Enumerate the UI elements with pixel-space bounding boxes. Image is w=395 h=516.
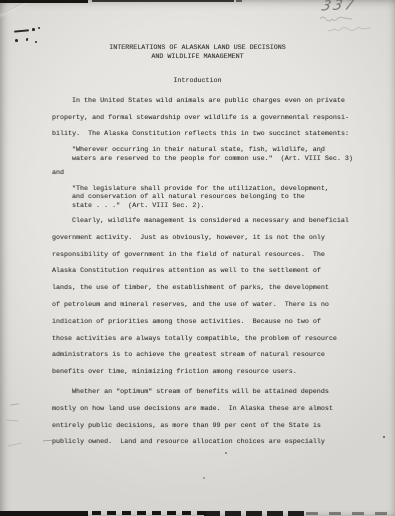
scan-artifact-bottom	[0, 510, 395, 516]
text-line: and conservation of all natural resource…	[72, 193, 343, 201]
connector-block: and	[52, 165, 343, 182]
text-line: responsibility of government in the fiel…	[52, 247, 343, 264]
scanned-page: 337 INTERRELATIONS OF ALASKAN LAND USE D…	[0, 0, 395, 516]
text-line: bility. The Alaska Constitution reflects…	[52, 126, 343, 143]
quote-block: "The legislature shall provide for the u…	[72, 185, 343, 210]
text-line: entirely public decisions, as more than …	[52, 418, 343, 435]
paragraph-block: In the United States wild animals are pu…	[52, 93, 343, 143]
text-line: those activities are always totally comp…	[52, 331, 343, 348]
text-line: Whether an "optimum" stream of benefits …	[52, 384, 343, 401]
text-line: state . . ." (Art. VIII Sec. 2).	[72, 202, 343, 210]
title-block: INTERRELATIONS OF ALASKAN LAND USE DECIS…	[52, 44, 343, 61]
text-line: benefits over time, minimizing friction …	[52, 364, 343, 381]
text-line: "Wherever occurring in their natural sta…	[72, 146, 343, 154]
quote-block: "Wherever occurring in their natural sta…	[72, 146, 343, 163]
text-line: AND WILDLIFE MANAGEMENT	[52, 53, 343, 62]
text-line: INTERRELATIONS OF ALASKAN LAND USE DECIS…	[52, 44, 343, 53]
text-line: Introduction	[52, 77, 343, 86]
paragraph-block: Whether an "optimum" stream of benefits …	[52, 384, 343, 451]
text-line: administrators is to achieve the greates…	[52, 347, 343, 364]
text-line: indication of priorities among those act…	[52, 314, 343, 331]
text-line: Clearly, wildlife management is consider…	[52, 213, 343, 230]
text-line: and	[52, 165, 343, 182]
text-line: of petroleum and mineral reserves, and t…	[52, 297, 343, 314]
text-line: publicly owned. Land and resource alloca…	[52, 434, 343, 451]
text-line: In the United States wild animals are pu…	[52, 93, 343, 110]
text-line: Alaska Constitution requires attention a…	[52, 263, 343, 280]
text-line: "The legislature shall provide for the u…	[72, 185, 343, 193]
text-line: property, and formal stewardship over wi…	[52, 110, 343, 127]
text-line: lands, the use of timber, the establishm…	[52, 280, 343, 297]
scan-speck	[203, 477, 205, 479]
paragraph-block: Clearly, wildlife management is consider…	[52, 213, 343, 381]
scan-speck	[320, 151, 322, 153]
scan-speck	[225, 452, 227, 454]
heading-block: Introduction	[52, 77, 343, 86]
text-line: waters are reserved to the people for co…	[72, 155, 343, 163]
document-body: INTERRELATIONS OF ALASKAN LAND USE DECIS…	[0, 0, 395, 451]
text-line: government activity. Just as obviously, …	[52, 230, 343, 247]
text-line: mostly on how land use decisions are mad…	[52, 401, 343, 418]
